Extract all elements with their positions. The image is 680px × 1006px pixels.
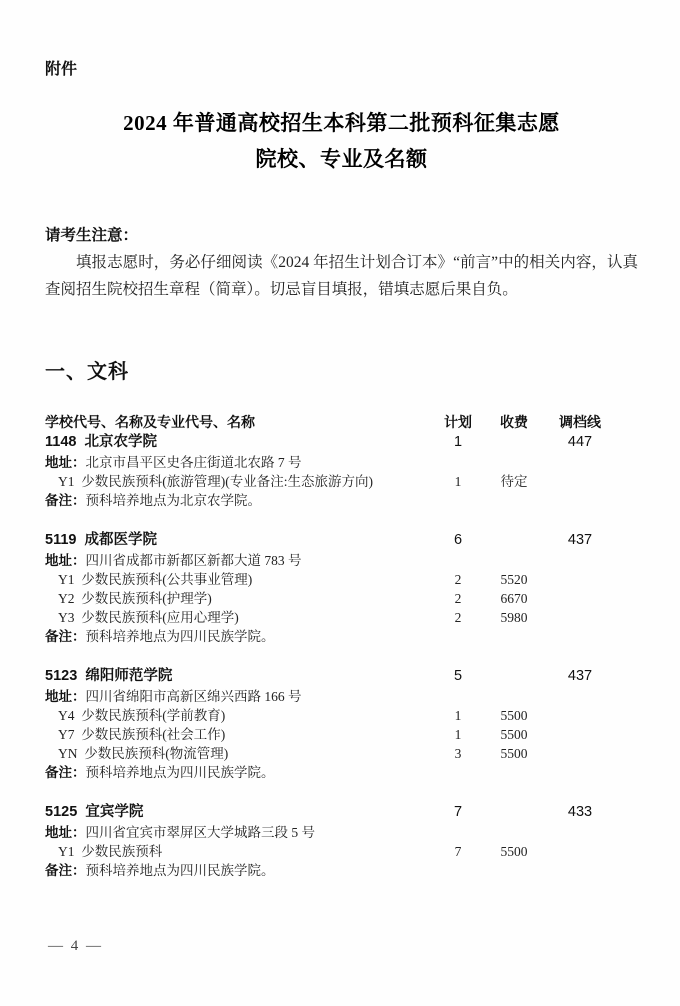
school-code: 5123 xyxy=(45,668,77,684)
note-label: 备注： xyxy=(45,493,86,508)
address-label: 地址： xyxy=(45,455,86,470)
major-fee: 5520 xyxy=(486,570,542,589)
header-fee: 收费 xyxy=(486,412,542,432)
major-code-name: Y4 少数民族预科(学前教育) xyxy=(45,706,430,725)
major-row: Y1 少数民族预科(公共事业管理) 2 5520 xyxy=(45,570,638,589)
note-text: 预科培养地点为北京农学院。 xyxy=(86,493,262,508)
address-label: 地址： xyxy=(45,825,86,840)
major-plan: 3 xyxy=(430,744,486,763)
school-name: 绵阳师范学院 xyxy=(85,668,172,684)
school-block: 5125 宜宾学院 7 433 地址：四川省宜宾市翠屏区大学城路三段 5 号 Y… xyxy=(45,802,638,880)
address-label: 地址： xyxy=(45,553,86,568)
major-name: 少数民族预科(应用心理学) xyxy=(81,610,239,625)
school-code: 1148 xyxy=(45,434,76,450)
major-code: Y1 xyxy=(58,572,75,587)
major-row: Y1 少数民族预科(旅游管理)(专业备注:生态旅游方向) 1 待定 xyxy=(45,472,638,491)
school-row: 5125 宜宾学院 7 433 xyxy=(45,802,638,823)
school-note-row: 备注：预科培养地点为北京农学院。 xyxy=(45,491,638,510)
major-name: 少数民族预科 xyxy=(81,844,162,859)
major-fee: 6670 xyxy=(486,589,542,608)
school-block: 1148 北京农学院 1 447 地址：北京市昌平区史各庄街道北农路 7 号 Y… xyxy=(45,432,638,510)
major-code-name: Y2 少数民族预科(护理学) xyxy=(45,589,430,608)
note-text: 预科培养地点为四川民族学院。 xyxy=(86,863,275,878)
table-header-row: 学校代号、名称及专业代号、名称 计划 收费 调档线 xyxy=(45,412,638,432)
major-plan: 7 xyxy=(430,842,486,861)
major-row: Y7 少数民族预科(社会工作) 1 5500 xyxy=(45,725,638,744)
major-name: 少数民族预科(学前教育) xyxy=(81,708,225,723)
address-text: 四川省成都市新都区新都大道 783 号 xyxy=(86,553,302,568)
document-page: 附件 2024 年普通高校招生本科第二批预科征集志愿 院校、专业及名额 请考生注… xyxy=(0,0,680,1006)
major-fee: 5500 xyxy=(486,725,542,744)
major-code: Y2 xyxy=(58,591,75,606)
note-text: 预科培养地点为四川民族学院。 xyxy=(86,765,275,780)
school-code-name: 5119 成都医学院 xyxy=(45,530,430,551)
school-name: 北京农学院 xyxy=(85,434,158,450)
major-row: Y4 少数民族预科(学前教育) 1 5500 xyxy=(45,706,638,725)
major-code: Y3 xyxy=(58,610,75,625)
major-code-name: Y7 少数民族预科(社会工作) xyxy=(45,725,430,744)
major-name: 少数民族预科(物流管理) xyxy=(84,746,228,761)
admissions-table: 学校代号、名称及专业代号、名称 计划 收费 调档线 1148 北京农学院 1 4… xyxy=(45,412,638,880)
school-code-name: 5123 绵阳师范学院 xyxy=(45,666,430,687)
note-text: 预科培养地点为四川民族学院。 xyxy=(86,629,275,644)
school-code-name: 5125 宜宾学院 xyxy=(45,802,430,823)
note-label: 备注： xyxy=(45,629,86,644)
major-fee: 5500 xyxy=(486,706,542,725)
attachment-label: 附件 xyxy=(45,56,638,79)
page-number: — 4 — xyxy=(48,938,103,955)
school-address-row: 地址：四川省成都市新都区新都大道 783 号 xyxy=(45,551,638,570)
note-label: 备注： xyxy=(45,863,86,878)
address-label: 地址： xyxy=(45,689,86,704)
document-title-line2: 院校、专业及名额 xyxy=(45,141,638,177)
school-address-row: 地址：四川省绵阳市高新区绵兴西路 166 号 xyxy=(45,687,638,706)
major-row: Y1 少数民族预科 7 5500 xyxy=(45,842,638,861)
school-code: 5119 xyxy=(45,532,76,548)
document-title: 2024 年普通高校招生本科第二批预科征集志愿 院校、专业及名额 xyxy=(45,105,638,177)
header-cutoff-line: 调档线 xyxy=(542,412,618,432)
major-plan: 2 xyxy=(430,570,486,589)
notice-body: 填报志愿时，务必仔细阅读《2024 年招生计划合订本》“前言”中的相关内容，认真… xyxy=(45,249,638,303)
school-cutoff: 433 xyxy=(542,802,618,823)
school-block: 5119 成都医学院 6 437 地址：四川省成都市新都区新都大道 783 号 … xyxy=(45,530,638,646)
major-row: Y2 少数民族预科(护理学) 2 6670 xyxy=(45,589,638,608)
major-fee: 待定 xyxy=(486,472,542,491)
school-plan: 5 xyxy=(430,666,486,687)
school-cutoff: 437 xyxy=(542,530,618,551)
school-note-row: 备注：预科培养地点为四川民族学院。 xyxy=(45,763,638,782)
school-name: 成都医学院 xyxy=(85,532,158,548)
header-plan: 计划 xyxy=(430,412,486,432)
major-plan: 1 xyxy=(430,706,486,725)
document-title-line1: 2024 年普通高校招生本科第二批预科征集志愿 xyxy=(45,105,638,141)
school-name: 宜宾学院 xyxy=(85,804,143,820)
major-code: Y1 xyxy=(58,474,75,489)
school-code-name: 1148 北京农学院 xyxy=(45,432,430,453)
major-plan: 1 xyxy=(430,472,486,491)
major-plan: 2 xyxy=(430,589,486,608)
major-code-name: Y1 少数民族预科(公共事业管理) xyxy=(45,570,430,589)
school-plan: 7 xyxy=(430,802,486,823)
major-fee: 5980 xyxy=(486,608,542,627)
school-cutoff: 447 xyxy=(542,432,618,453)
school-plan: 6 xyxy=(430,530,486,551)
notice-section: 请考生注意： 填报志愿时，务必仔细阅读《2024 年招生计划合订本》“前言”中的… xyxy=(45,223,638,303)
major-code-name: Y1 少数民族预科 xyxy=(45,842,430,861)
school-code: 5125 xyxy=(45,804,77,820)
school-note-row: 备注：预科培养地点为四川民族学院。 xyxy=(45,627,638,646)
address-text: 北京市昌平区史各庄街道北农路 7 号 xyxy=(86,455,302,470)
address-text: 四川省绵阳市高新区绵兴西路 166 号 xyxy=(86,689,302,704)
major-code: Y1 xyxy=(58,844,75,859)
major-code: YN xyxy=(58,746,78,761)
major-code-name: Y1 少数民族预科(旅游管理)(专业备注:生态旅游方向) xyxy=(45,472,430,491)
header-school-name: 学校代号、名称及专业代号、名称 xyxy=(45,412,430,432)
section-heading-liberal-arts: 一、文科 xyxy=(45,355,638,384)
school-row: 5123 绵阳师范学院 5 437 xyxy=(45,666,638,687)
major-plan: 2 xyxy=(430,608,486,627)
school-row: 5119 成都医学院 6 437 xyxy=(45,530,638,551)
major-row: Y3 少数民族预科(应用心理学) 2 5980 xyxy=(45,608,638,627)
major-code: Y4 xyxy=(58,708,75,723)
note-label: 备注： xyxy=(45,765,86,780)
major-fee: 5500 xyxy=(486,842,542,861)
school-row: 1148 北京农学院 1 447 xyxy=(45,432,638,453)
school-plan: 1 xyxy=(430,432,486,453)
notice-heading: 请考生注意： xyxy=(45,223,638,249)
major-name: 少数民族预科(护理学) xyxy=(81,591,212,606)
major-code-name: Y3 少数民族预科(应用心理学) xyxy=(45,608,430,627)
school-note-row: 备注：预科培养地点为四川民族学院。 xyxy=(45,861,638,880)
school-address-row: 地址：北京市昌平区史各庄街道北农路 7 号 xyxy=(45,453,638,472)
major-name: 少数民族预科(社会工作) xyxy=(81,727,225,742)
school-cutoff: 437 xyxy=(542,666,618,687)
major-name: 少数民族预科(旅游管理)(专业备注:生态旅游方向) xyxy=(81,474,373,489)
major-code: Y7 xyxy=(58,727,75,742)
school-block: 5123 绵阳师范学院 5 437 地址：四川省绵阳市高新区绵兴西路 166 号… xyxy=(45,666,638,782)
major-plan: 1 xyxy=(430,725,486,744)
address-text: 四川省宜宾市翠屏区大学城路三段 5 号 xyxy=(86,825,316,840)
major-row: YN 少数民族预科(物流管理) 3 5500 xyxy=(45,744,638,763)
major-name: 少数民族预科(公共事业管理) xyxy=(81,572,252,587)
school-address-row: 地址：四川省宜宾市翠屏区大学城路三段 5 号 xyxy=(45,823,638,842)
major-code-name: YN 少数民族预科(物流管理) xyxy=(45,744,430,763)
major-fee: 5500 xyxy=(486,744,542,763)
